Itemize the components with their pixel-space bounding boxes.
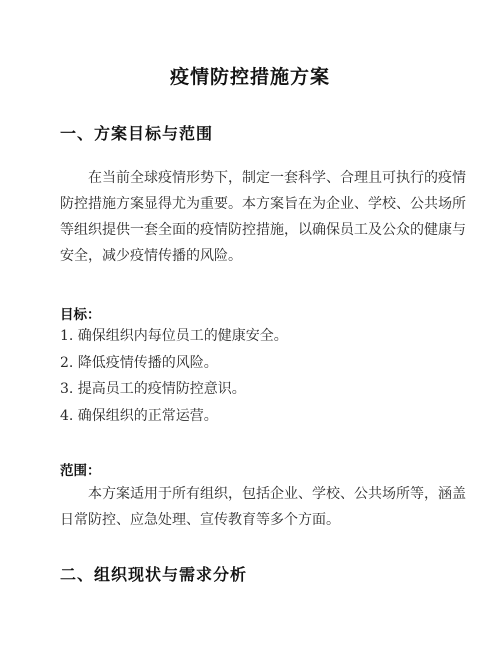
scope-paragraph: 本方案适用于所有组织，包括企业、学校、公共场所等，涵盖 日常防控、应急处理、宣传…	[60, 481, 438, 533]
scope-label: 范围：	[60, 459, 101, 479]
goals-label: 目标：	[60, 303, 101, 323]
goal-item: 2. 降低疫情传播的风险。	[60, 350, 288, 377]
scope-line: 日常防控、应急处理、宣传教育等多个方面。	[60, 507, 438, 533]
section-heading-2: 二、组织现状与需求分析	[60, 562, 247, 585]
section-heading-1: 一、方案目标与范围	[60, 121, 213, 144]
intro-line: 安全，减少疫情传播的风险。	[60, 243, 438, 269]
goals-list: 1. 确保组织内每位员工的健康安全。 2. 降低疫情传播的风险。 3. 提高员工…	[60, 323, 288, 429]
document-title: 疫情防控措施方案	[0, 62, 500, 89]
scope-line: 本方案适用于所有组织，包括企业、学校、公共场所等，涵盖	[60, 481, 438, 507]
intro-line: 防控措施方案显得尤为重要。本方案旨在为企业、学校、公共场所	[60, 191, 438, 217]
goal-item: 4. 确保组织的正常运营。	[60, 403, 288, 430]
goal-item: 3. 提高员工的疫情防控意识。	[60, 376, 288, 403]
goal-item: 1. 确保组织内每位员工的健康安全。	[60, 323, 288, 350]
intro-line: 等组织提供一套全面的疫情防控措施，以确保员工及公众的健康与	[60, 217, 438, 243]
intro-line: 在当前全球疫情形势下，制定一套科学、合理且可执行的疫情	[60, 165, 438, 191]
intro-paragraph: 在当前全球疫情形势下，制定一套科学、合理且可执行的疫情 防控措施方案显得尤为重要…	[60, 165, 438, 269]
